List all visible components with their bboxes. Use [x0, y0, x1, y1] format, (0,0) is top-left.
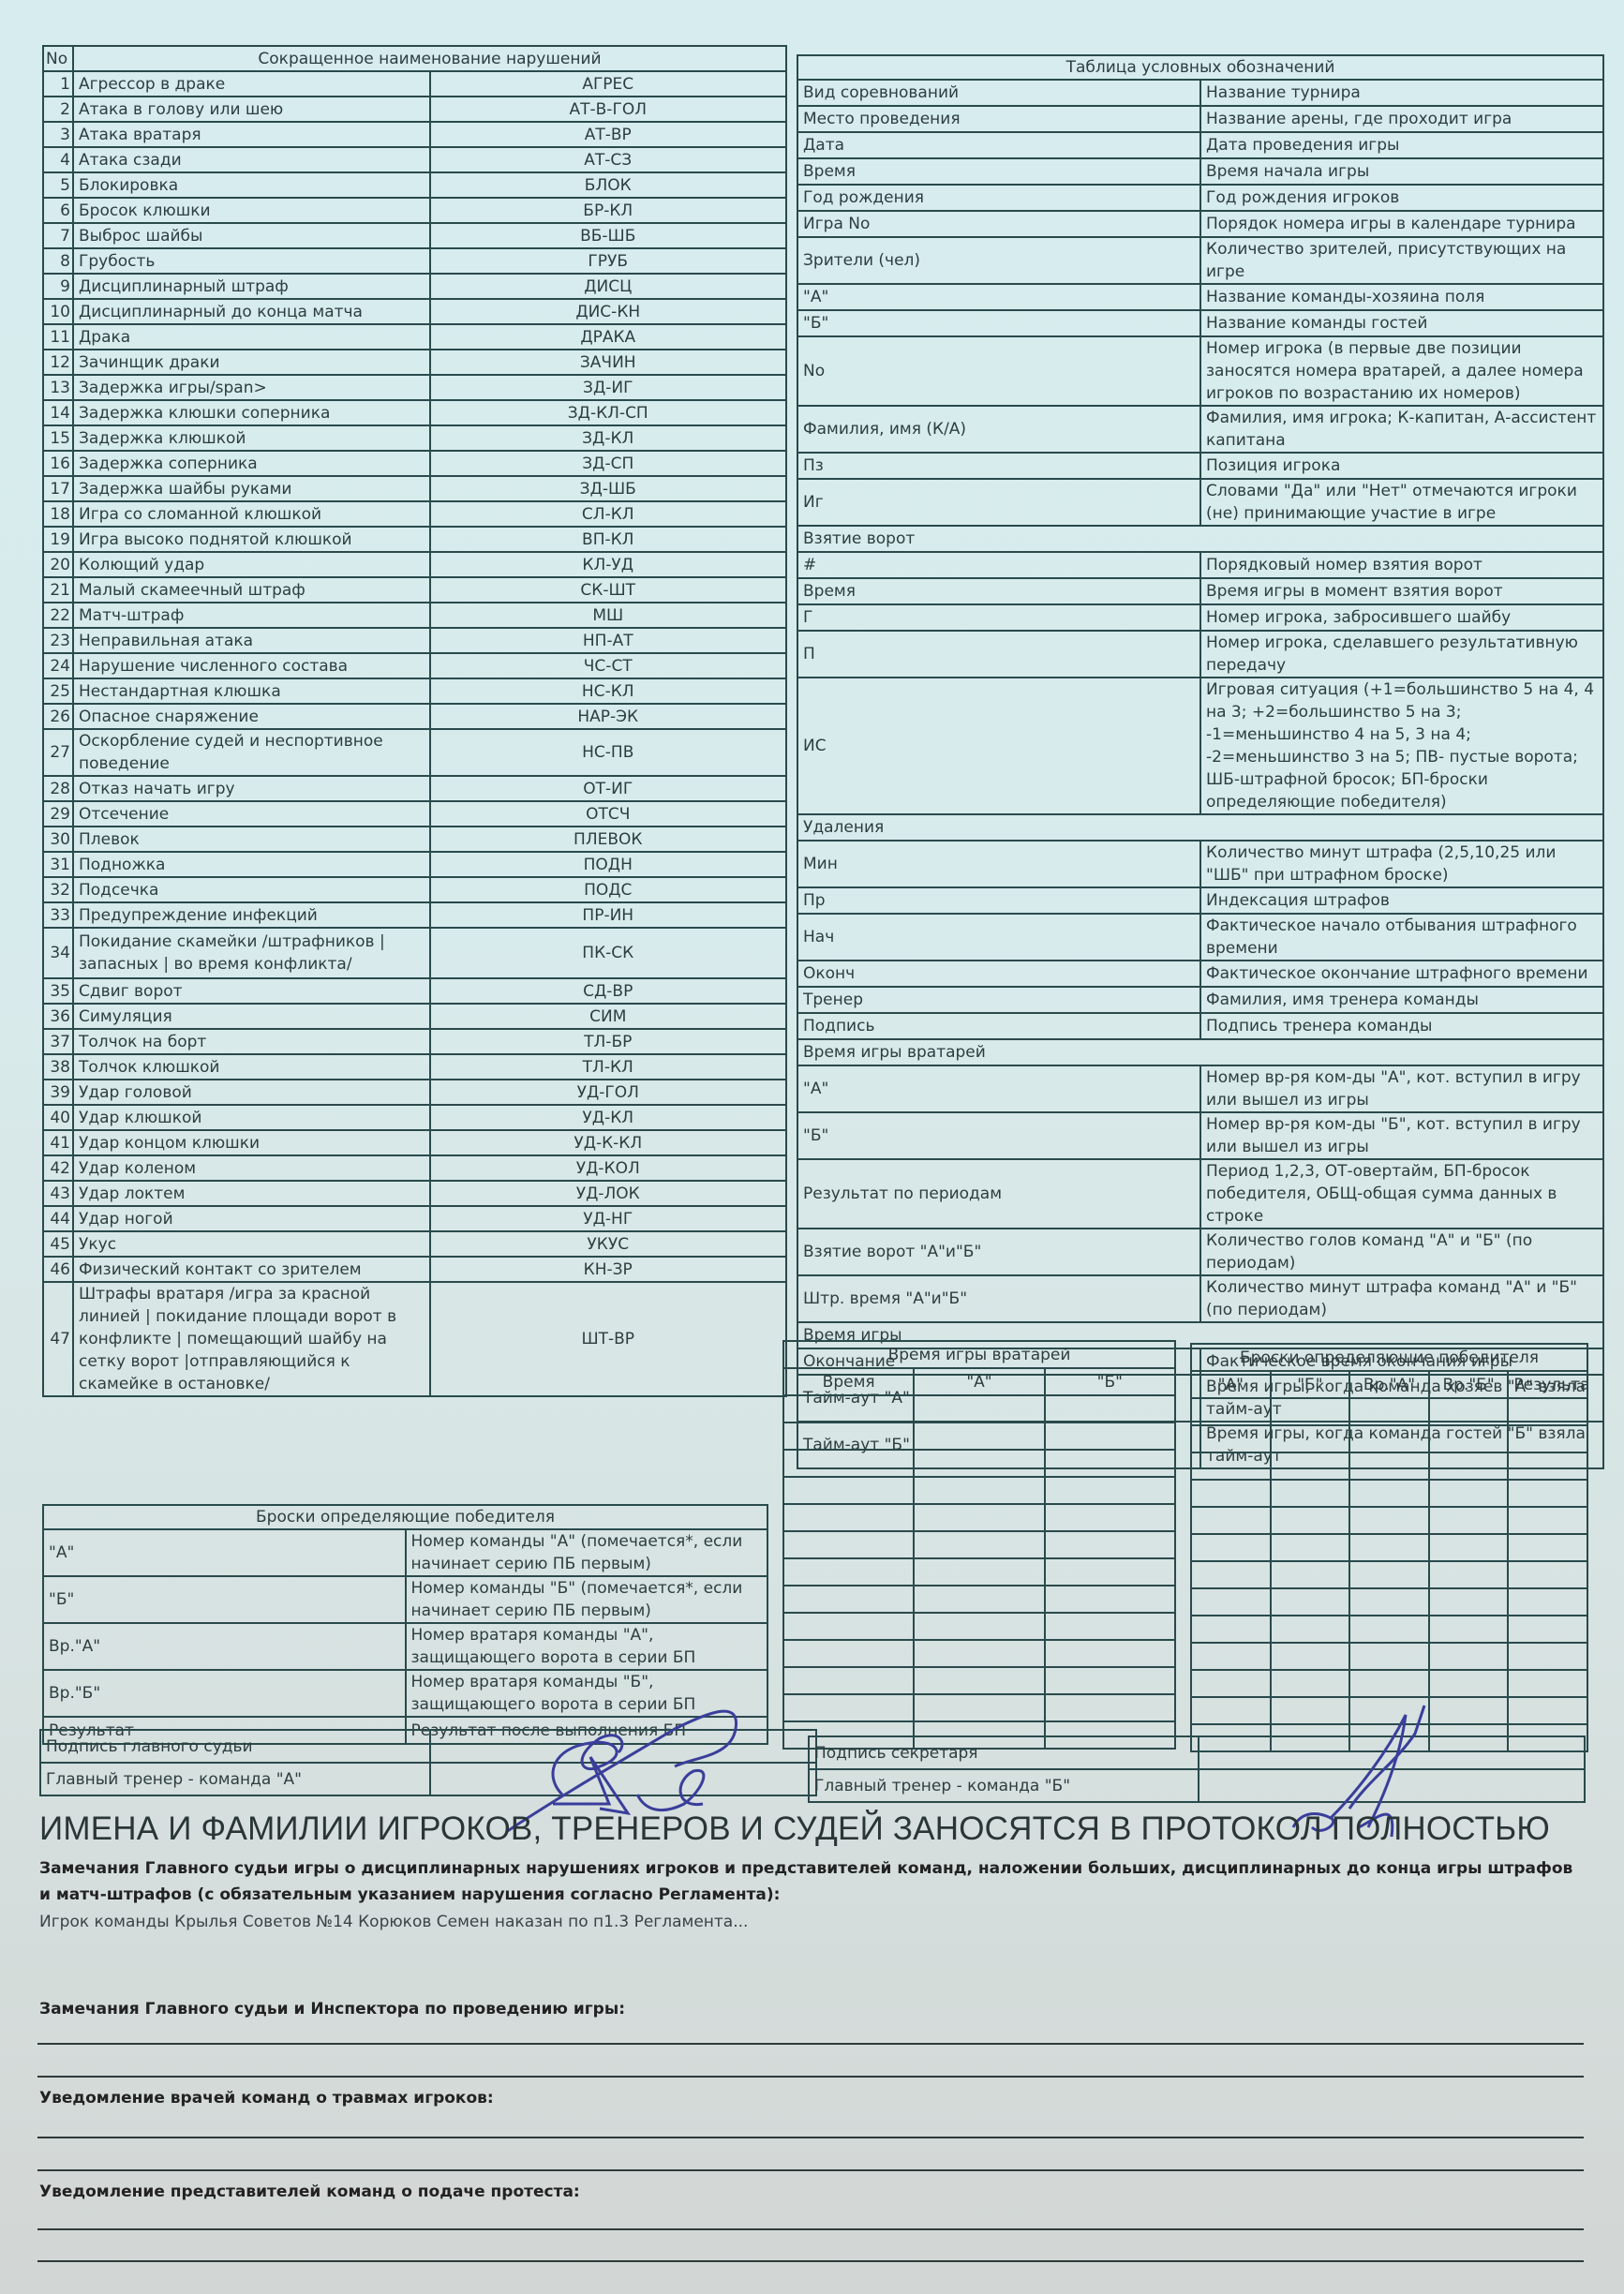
shootout-cell[interactable] [1271, 1561, 1350, 1588]
goalie-time-cell[interactable] [783, 1477, 914, 1504]
legend-value: Фактическое окончание штрафного времени [1200, 961, 1603, 987]
violation-name: Удар клюшкой [73, 1105, 430, 1130]
legend-row: "А"Название команды-хозяина поля [797, 284, 1603, 310]
inspector-remarks-line-2[interactable] [37, 2076, 1584, 2078]
violation-name: Драка [73, 324, 430, 350]
signature-block-left: Подпись главного судьи Главный тренер - … [39, 1729, 817, 1796]
legend-row: Фамилия, имя (К/А)Фамилия, имя игрока; К… [797, 406, 1603, 453]
legend-value: Номер игрока, сделавшего результативную … [1200, 631, 1603, 678]
legend-value: Название турнира [1200, 80, 1603, 106]
signature-row: Главный тренер - команда "Б" [809, 1769, 1585, 1802]
goalie-time-cell[interactable] [783, 1558, 914, 1586]
goalie-time-cell[interactable] [1045, 1504, 1175, 1531]
violation-code: ЗД-КЛ [430, 425, 787, 451]
violation-name: Зачинщик драки [73, 350, 430, 375]
shootout-cell[interactable] [1349, 1425, 1429, 1452]
goalie-time-cell[interactable] [783, 1531, 914, 1558]
legend-row: Вид соревнованийНазвание турнира [797, 80, 1603, 106]
goalie-time-row [783, 1586, 1175, 1613]
shootout-cell[interactable] [1508, 1507, 1587, 1534]
legend-row: ВремяВремя начала игры [797, 158, 1603, 185]
legend-key: П [797, 631, 1200, 678]
coach-a-signature-field[interactable] [430, 1763, 816, 1795]
violation-number: 43 [43, 1181, 73, 1206]
legend-row: Место проведенияНазвание арены, где прох… [797, 106, 1603, 132]
legend-section-title: Взятие ворот [797, 526, 1603, 552]
violation-row: 28Отказ начать игруОТ-ИГ [43, 776, 786, 801]
goalie-time-cell[interactable] [1045, 1558, 1175, 1586]
violation-name: Подножка [73, 852, 430, 877]
violation-code: УД-НГ [430, 1206, 787, 1231]
legend-value: Порядковый номер взятия ворот [1200, 552, 1603, 578]
legend-row: ПзПозиция игрока [797, 453, 1603, 479]
shootout-title: Броски определяющие победителя [1191, 1344, 1587, 1371]
shootout-cell[interactable] [1191, 1425, 1271, 1452]
violation-code: НС-ПВ [430, 729, 787, 776]
shootout-cell[interactable] [1349, 1561, 1429, 1588]
shootout-cell[interactable] [1191, 1561, 1271, 1588]
legend-row: "А"Номер вр-ря ком-ды "А", кот. вступил … [797, 1065, 1603, 1112]
violation-number: 44 [43, 1206, 73, 1231]
goalie-time-cell[interactable] [914, 1586, 1044, 1613]
shootout-cell[interactable] [1429, 1452, 1509, 1480]
violation-code: БЛОК [430, 172, 787, 198]
shootout-cell[interactable] [1271, 1398, 1350, 1425]
violation-number: 36 [43, 1004, 73, 1029]
legend-row: ИгСловами "Да" или "Нет" отмечаются игро… [797, 479, 1603, 526]
shootout-cell[interactable] [1508, 1452, 1587, 1480]
goalie-time-cell[interactable] [1045, 1477, 1175, 1504]
inspector-remarks-line-1[interactable] [37, 2043, 1584, 2045]
shootout-column-header: Результат [1508, 1371, 1587, 1398]
goalie-time-cell[interactable] [914, 1504, 1044, 1531]
violation-number: 30 [43, 827, 73, 852]
shootout-cell[interactable] [1271, 1507, 1350, 1534]
shootout-cell[interactable] [1191, 1643, 1271, 1670]
shootout-cell[interactable] [1349, 1452, 1429, 1480]
shootout-cell[interactable] [1349, 1643, 1429, 1670]
legend-table: Таблица условных обозначений Вид соревно… [797, 54, 1604, 1469]
violation-number: 27 [43, 729, 73, 776]
violation-code: ПОДС [430, 877, 787, 902]
violation-row: 38Толчок клюшкойТЛ-КЛ [43, 1054, 786, 1080]
violation-row: 9Дисциплинарный штрафДИСЦ [43, 274, 786, 299]
shootout-cell[interactable] [1191, 1534, 1271, 1561]
shootout-cell[interactable] [1429, 1697, 1509, 1724]
shootout-cell[interactable] [1271, 1480, 1350, 1507]
legend-value: Период 1,2,3, ОТ-овертайм, БП-бросок поб… [1200, 1159, 1603, 1229]
goalie-time-cell[interactable] [914, 1395, 1044, 1423]
violation-name: Колющий удар [73, 552, 430, 577]
shootout-row [1191, 1670, 1587, 1697]
violation-name: Удар ногой [73, 1206, 430, 1231]
violation-row: 2Атака в голову или шеюАТ-В-ГОЛ [43, 97, 786, 122]
goalie-time-cell[interactable] [783, 1667, 914, 1694]
legend-row: Штр. время "А"и"Б"Количество минут штраф… [797, 1275, 1603, 1322]
violation-name: Атака вратаря [73, 122, 430, 147]
shootout-cell[interactable] [1191, 1398, 1271, 1425]
violation-code: ЗД-ШБ [430, 476, 787, 501]
violation-row: 33Предупреждение инфекцийПР-ИН [43, 902, 786, 928]
violations-header-row: No Сокращенное наименование нарушений [43, 46, 786, 71]
goalie-time-cell[interactable] [1045, 1450, 1175, 1477]
violation-code: ЗД-ИГ [430, 375, 787, 400]
violation-number: 33 [43, 902, 73, 928]
violation-row: 20Колющий ударКЛ-УД [43, 552, 786, 577]
goalie-time-cell[interactable] [914, 1423, 1044, 1450]
shootout-cell[interactable] [1271, 1452, 1350, 1480]
shootout-cell[interactable] [1271, 1534, 1350, 1561]
shootout-cell[interactable] [1349, 1480, 1429, 1507]
shootout-cell[interactable] [1429, 1561, 1509, 1588]
violation-code: УД-К-КЛ [430, 1130, 787, 1155]
violation-code: ДИС-КН [430, 299, 787, 324]
goalie-time-cell[interactable] [783, 1640, 914, 1667]
violation-number: 38 [43, 1054, 73, 1080]
goalie-time-cell[interactable] [914, 1477, 1044, 1504]
shootout-cell[interactable] [1508, 1588, 1587, 1616]
goalie-time-row [783, 1640, 1175, 1667]
shootout-legend-row: "А"Номер команды "А" (помечается*, если … [43, 1529, 767, 1576]
legend-row: НачФактическое начало отбывания штрафног… [797, 914, 1603, 961]
goalie-time-cell[interactable] [914, 1667, 1044, 1694]
violation-code: СИМ [430, 1004, 787, 1029]
signature-block-right: Подпись секретаря Главный тренер - коман… [808, 1735, 1586, 1803]
violation-name: Бросок клюшки [73, 198, 430, 223]
violation-number: 19 [43, 527, 73, 552]
legend-key: Штр. время "А"и"Б" [797, 1275, 1200, 1322]
violation-name: Блокировка [73, 172, 430, 198]
violation-row: 23Неправильная атакаНП-АТ [43, 628, 786, 653]
legend-row: NoНомер игрока (в первые две позиции зан… [797, 336, 1603, 406]
violation-name: Нестандартная клюшка [73, 678, 430, 704]
goalie-time-cell[interactable] [783, 1423, 914, 1450]
goalie-time-cell[interactable] [1045, 1586, 1175, 1613]
violation-name: Удар концом клюшки [73, 1130, 430, 1155]
shootout-cell[interactable] [1349, 1534, 1429, 1561]
violation-number: 12 [43, 350, 73, 375]
violation-name: Штрафы вратаря /игра за красной линией |… [73, 1282, 430, 1396]
shootout-cell[interactable] [1191, 1480, 1271, 1507]
violation-number: 15 [43, 425, 73, 451]
protest-label: Уведомление представителей команд о пода… [39, 2179, 1576, 2205]
shootout-cell[interactable] [1508, 1534, 1587, 1561]
violation-name: Грубость [73, 248, 430, 274]
shootout-cell[interactable] [1429, 1398, 1509, 1425]
shootout-cell[interactable] [1429, 1480, 1509, 1507]
legend-section-row: Удаления [797, 814, 1603, 841]
shootout-cell[interactable] [1191, 1507, 1271, 1534]
shootout-cell[interactable] [1429, 1425, 1509, 1452]
violation-code: ЧС-СТ [430, 653, 787, 678]
goalie-time-cell[interactable] [1045, 1640, 1175, 1667]
legend-row: ИСИгровая ситуация (+1=большинство 5 на … [797, 678, 1603, 814]
goalie-time-row [783, 1395, 1175, 1423]
violation-number: 8 [43, 248, 73, 274]
violation-code: ПР-ИН [430, 902, 787, 928]
violation-number: 31 [43, 852, 73, 877]
violation-row: 16Задержка соперникаЗД-СП [43, 451, 786, 476]
violation-number: 22 [43, 603, 73, 628]
shootout-legend-key: Вр."А" [43, 1623, 406, 1670]
goalie-time-row [783, 1558, 1175, 1586]
violation-name: Неправильная атака [73, 628, 430, 653]
shootout-legend-row: Вр."А"Номер вратаря команды "А", защищаю… [43, 1623, 767, 1670]
violation-row: 47Штрафы вратаря /игра за красной линией… [43, 1282, 786, 1396]
goalie-time-cell[interactable] [914, 1640, 1044, 1667]
violation-number: 40 [43, 1105, 73, 1130]
shootout-cell[interactable] [1429, 1588, 1509, 1616]
violation-row: 36СимуляцияСИМ [43, 1004, 786, 1029]
goalie-time-column-header: "А" [914, 1368, 1044, 1395]
shootout-cell[interactable] [1508, 1697, 1587, 1724]
shootout-grid: Броски определяющие победителя "А""Б"Вр.… [1190, 1343, 1588, 1752]
legend-key: Дата [797, 132, 1200, 158]
violation-row: 10Дисциплинарный до конца матчаДИС-КН [43, 299, 786, 324]
shootout-row [1191, 1616, 1587, 1643]
legend-value: Количество зрителей, присутствующих на и… [1200, 237, 1603, 284]
violation-row: 15Задержка клюшкойЗД-КЛ [43, 425, 786, 451]
goalie-time-row [783, 1613, 1175, 1640]
violation-number: 23 [43, 628, 73, 653]
head-referee-signature-label: Подпись главного судьи [40, 1730, 430, 1763]
legend-key: Зрители (чел) [797, 237, 1200, 284]
violation-number: 11 [43, 324, 73, 350]
shootout-cell[interactable] [1191, 1670, 1271, 1697]
shootout-cell[interactable] [1429, 1643, 1509, 1670]
violation-name: Удар коленом [73, 1155, 430, 1181]
column-header-title: Сокращенное наименование нарушений [73, 46, 786, 71]
violation-row: 24Нарушение численного составаЧС-СТ [43, 653, 786, 678]
violation-row: 39Удар головойУД-ГОЛ [43, 1080, 786, 1105]
violation-code: ПК-СК [430, 928, 787, 978]
legend-section-row: Время игры вратарей [797, 1039, 1603, 1065]
shootout-cell[interactable] [1271, 1697, 1350, 1724]
legend-value: Время начала игры [1200, 158, 1603, 185]
shootout-legend-key: Вр."Б" [43, 1670, 406, 1717]
legend-key: Нач [797, 914, 1200, 961]
violation-row: 40Удар клюшкойУД-КЛ [43, 1105, 786, 1130]
violation-code: УД-ГОЛ [430, 1080, 787, 1105]
legend-row: МинКоличество минут штрафа (2,5,10,25 ил… [797, 841, 1603, 887]
shootout-cell[interactable] [1349, 1616, 1429, 1643]
violation-code: ШТ-ВР [430, 1282, 787, 1396]
violation-number: 24 [43, 653, 73, 678]
shootout-column-header: Вр."Б" [1429, 1371, 1509, 1398]
goalie-time-cell[interactable] [1045, 1613, 1175, 1640]
legend-row: ВремяВремя игры в момент взятия ворот [797, 578, 1603, 604]
shootout-cell[interactable] [1271, 1616, 1350, 1643]
secretary-signature-field[interactable] [1199, 1736, 1585, 1769]
legend-key: "А" [797, 1065, 1200, 1112]
violation-name: Выброс шайбы [73, 223, 430, 248]
legend-value: Игровая ситуация (+1=большинство 5 на 4,… [1200, 678, 1603, 814]
shootout-cell[interactable] [1508, 1398, 1587, 1425]
goalie-time-row [783, 1504, 1175, 1531]
shootout-cell[interactable] [1191, 1616, 1271, 1643]
violation-name: Плевок [73, 827, 430, 852]
violation-name: Физический контакт со зрителем [73, 1257, 430, 1282]
legend-key: Иг [797, 479, 1200, 526]
shootout-cell[interactable] [1429, 1670, 1509, 1697]
goalie-time-cell[interactable] [783, 1694, 914, 1721]
protest-line-1[interactable] [37, 2228, 1584, 2230]
shootout-cell[interactable] [1429, 1534, 1509, 1561]
violation-row: 7Выброс шайбыВБ-ШБ [43, 223, 786, 248]
legend-row: ОкончФактическое окончание штрафного вре… [797, 961, 1603, 987]
referee-remarks-label: Замечания Главного судьи игры о дисципли… [39, 1855, 1576, 1908]
head-referee-signature-field[interactable] [430, 1730, 816, 1763]
violation-code: ТЛ-БР [430, 1029, 787, 1054]
violation-number: 5 [43, 172, 73, 198]
violation-name: Игра со сломанной клюшкой [73, 501, 430, 527]
violation-code: СЛ-КЛ [430, 501, 787, 527]
violation-name: Удар локтем [73, 1181, 430, 1206]
shootout-row [1191, 1588, 1587, 1616]
legend-key: Фамилия, имя (К/А) [797, 406, 1200, 453]
shootout-cell[interactable] [1271, 1425, 1350, 1452]
goalie-time-column-header: Время [783, 1368, 914, 1395]
goalie-time-cell[interactable] [914, 1531, 1044, 1558]
column-header-no: No [43, 46, 73, 71]
violation-name: Малый скамеечный штраф [73, 577, 430, 603]
violation-number: 45 [43, 1231, 73, 1257]
shootout-cell[interactable] [1349, 1588, 1429, 1616]
violation-name: Дисциплинарный штраф [73, 274, 430, 299]
goalie-time-columns-row: Время"А""Б" [783, 1368, 1175, 1395]
violation-number: 16 [43, 451, 73, 476]
legend-value: Словами "Да" или "Нет" отмечаются игроки… [1200, 479, 1603, 526]
violation-code: УКУС [430, 1231, 787, 1257]
protocol-instructions-heading: ИМЕНА И ФАМИЛИИ ИГРОКОВ, ТРЕНЕРОВ И СУДЕ… [39, 1809, 1614, 1850]
violation-row: 34Покидание скамейки /штрафников | запас… [43, 928, 786, 978]
violation-name: Атака в голову или шею [73, 97, 430, 122]
legend-key: Мин [797, 841, 1200, 887]
shootout-cell[interactable] [1508, 1643, 1587, 1670]
legend-value: Количество минут штрафа (2,5,10,25 или "… [1200, 841, 1603, 887]
legend-key: Взятие ворот "А"и"Б" [797, 1229, 1200, 1275]
goalie-time-cell[interactable] [914, 1694, 1044, 1721]
injuries-line-2[interactable] [37, 2169, 1584, 2171]
violation-row: 44Удар ногойУД-НГ [43, 1206, 786, 1231]
shootout-cell[interactable] [1349, 1398, 1429, 1425]
shootout-cell[interactable] [1349, 1507, 1429, 1534]
legend-value: Количество голов команд "А" и "Б" (по пе… [1200, 1229, 1603, 1275]
violation-number: 32 [43, 877, 73, 902]
legend-row: Результат по периодамПериод 1,2,3, ОТ-ов… [797, 1159, 1603, 1229]
violation-name: Толчок на борт [73, 1029, 430, 1054]
shootout-cell[interactable] [1191, 1697, 1271, 1724]
violation-name: Дисциплинарный до конца матча [73, 299, 430, 324]
shootout-legend-row: "Б"Номер команды "Б" (помечается*, если … [43, 1576, 767, 1623]
violation-row: 11ДракаДРАКА [43, 324, 786, 350]
goalie-time-cell[interactable] [1045, 1694, 1175, 1721]
violation-name: Опасное снаряжение [73, 704, 430, 729]
goalie-time-cell[interactable] [783, 1504, 914, 1531]
shootout-cell[interactable] [1349, 1670, 1429, 1697]
legend-key: Оконч [797, 961, 1200, 987]
referee-remarks-value[interactable]: Игрок команды Крылья Советов №14 Корюков… [39, 1910, 1576, 1934]
coach-b-signature-field[interactable] [1199, 1769, 1585, 1802]
shootout-cell[interactable] [1271, 1643, 1350, 1670]
goalie-time-cell[interactable] [783, 1586, 914, 1613]
shootout-cell[interactable] [1508, 1425, 1587, 1452]
goalie-time-cell[interactable] [783, 1613, 914, 1640]
legend-key: ИС [797, 678, 1200, 814]
legend-key: Игра No [797, 211, 1200, 237]
shootout-cell[interactable] [1429, 1616, 1509, 1643]
shootout-cell[interactable] [1349, 1697, 1429, 1724]
shootout-cell[interactable] [1271, 1670, 1350, 1697]
shootout-row [1191, 1452, 1587, 1480]
goalie-time-cell[interactable] [783, 1450, 914, 1477]
shootout-cell[interactable] [1429, 1507, 1509, 1534]
violation-code: ПОДН [430, 852, 787, 877]
violation-name: Удар головой [73, 1080, 430, 1105]
violation-row: 1Агрессор в дракеАГРЕС [43, 71, 786, 97]
violation-code: АТ-СЗ [430, 147, 787, 172]
goalie-time-cell[interactable] [914, 1450, 1044, 1477]
violation-number: 14 [43, 400, 73, 425]
violation-row: 17Задержка шайбы рукамиЗД-ШБ [43, 476, 786, 501]
shootout-cell[interactable] [1271, 1588, 1350, 1616]
violation-code: БР-КЛ [430, 198, 787, 223]
violation-code: АТ-ВР [430, 122, 787, 147]
legend-value: Номер игрока, забросившего шайбу [1200, 604, 1603, 631]
legend-row: Зрители (чел)Количество зрителей, присут… [797, 237, 1603, 284]
shootout-cell[interactable] [1508, 1616, 1587, 1643]
goalie-time-cell[interactable] [1045, 1531, 1175, 1558]
goalie-time-cell[interactable] [914, 1613, 1044, 1640]
violation-number: 39 [43, 1080, 73, 1105]
legend-row: #Порядковый номер взятия ворот [797, 552, 1603, 578]
violation-code: ВБ-ШБ [430, 223, 787, 248]
shootout-legend-value: Номер команды "А" (помечается*, если нач… [406, 1529, 768, 1576]
violation-name: Атака сзади [73, 147, 430, 172]
legend-row: ПрИндексация штрафов [797, 887, 1603, 914]
legend-value: Название арены, где проходит игра [1200, 106, 1603, 132]
shootout-cell[interactable] [1191, 1588, 1271, 1616]
goalie-time-row [783, 1667, 1175, 1694]
violation-row: 13Задержка игры/span>ЗД-ИГ [43, 375, 786, 400]
goalie-time-cell[interactable] [783, 1395, 914, 1423]
legend-value: Порядок номера игры в календаре турнира [1200, 211, 1603, 237]
legend-value: Фактическое начало отбывания штрафного в… [1200, 914, 1603, 961]
legend-key: Время [797, 158, 1200, 185]
violation-row: 45УкусУКУС [43, 1231, 786, 1257]
secretary-signature-label: Подпись секретаря [809, 1736, 1199, 1769]
legend-key: Тренер [797, 987, 1200, 1013]
shootout-cell[interactable] [1191, 1452, 1271, 1480]
goalie-time-cell[interactable] [914, 1558, 1044, 1586]
shootout-cell[interactable] [1508, 1561, 1587, 1588]
shootout-cell[interactable] [1508, 1480, 1587, 1507]
injuries-line-1[interactable] [37, 2137, 1584, 2138]
violation-number: 26 [43, 704, 73, 729]
legend-key: "А" [797, 284, 1200, 310]
shootout-cell[interactable] [1508, 1670, 1587, 1697]
goalie-time-cell[interactable] [1045, 1667, 1175, 1694]
violation-number: 20 [43, 552, 73, 577]
goalie-time-cell[interactable] [1045, 1423, 1175, 1450]
violation-code: НП-АТ [430, 628, 787, 653]
goalie-time-cell[interactable] [1045, 1395, 1175, 1423]
violation-row: 5БлокировкаБЛОК [43, 172, 786, 198]
protest-line-2[interactable] [37, 2260, 1584, 2262]
legend-value: Количество минут штрафа команд "А" и "Б"… [1200, 1275, 1603, 1322]
violation-number: 34 [43, 928, 73, 978]
violation-code: АТ-В-ГОЛ [430, 97, 787, 122]
